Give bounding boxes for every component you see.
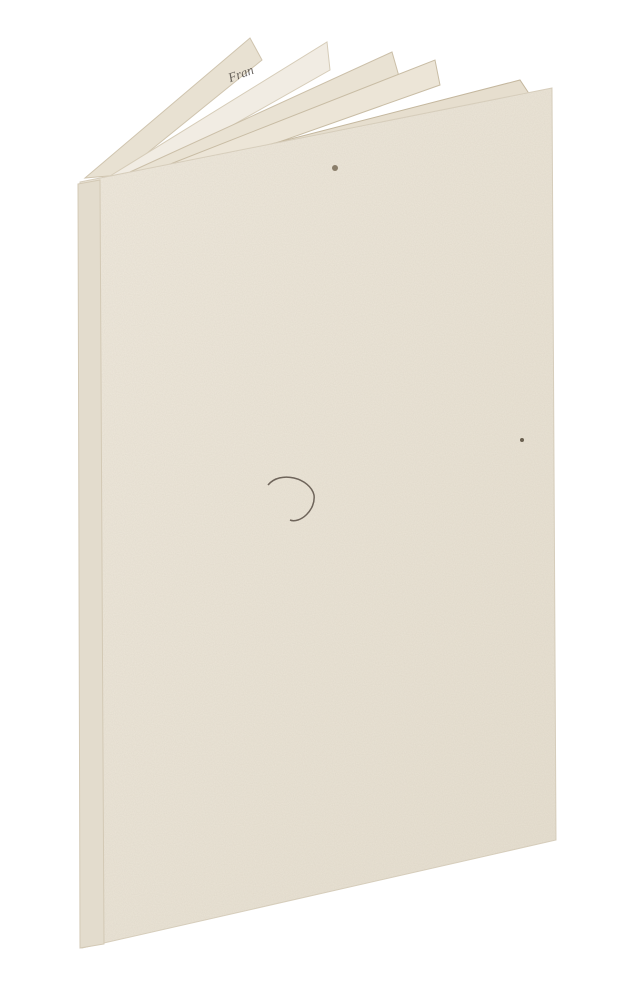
- book-illustration: [0, 0, 625, 1000]
- cover: [78, 88, 556, 948]
